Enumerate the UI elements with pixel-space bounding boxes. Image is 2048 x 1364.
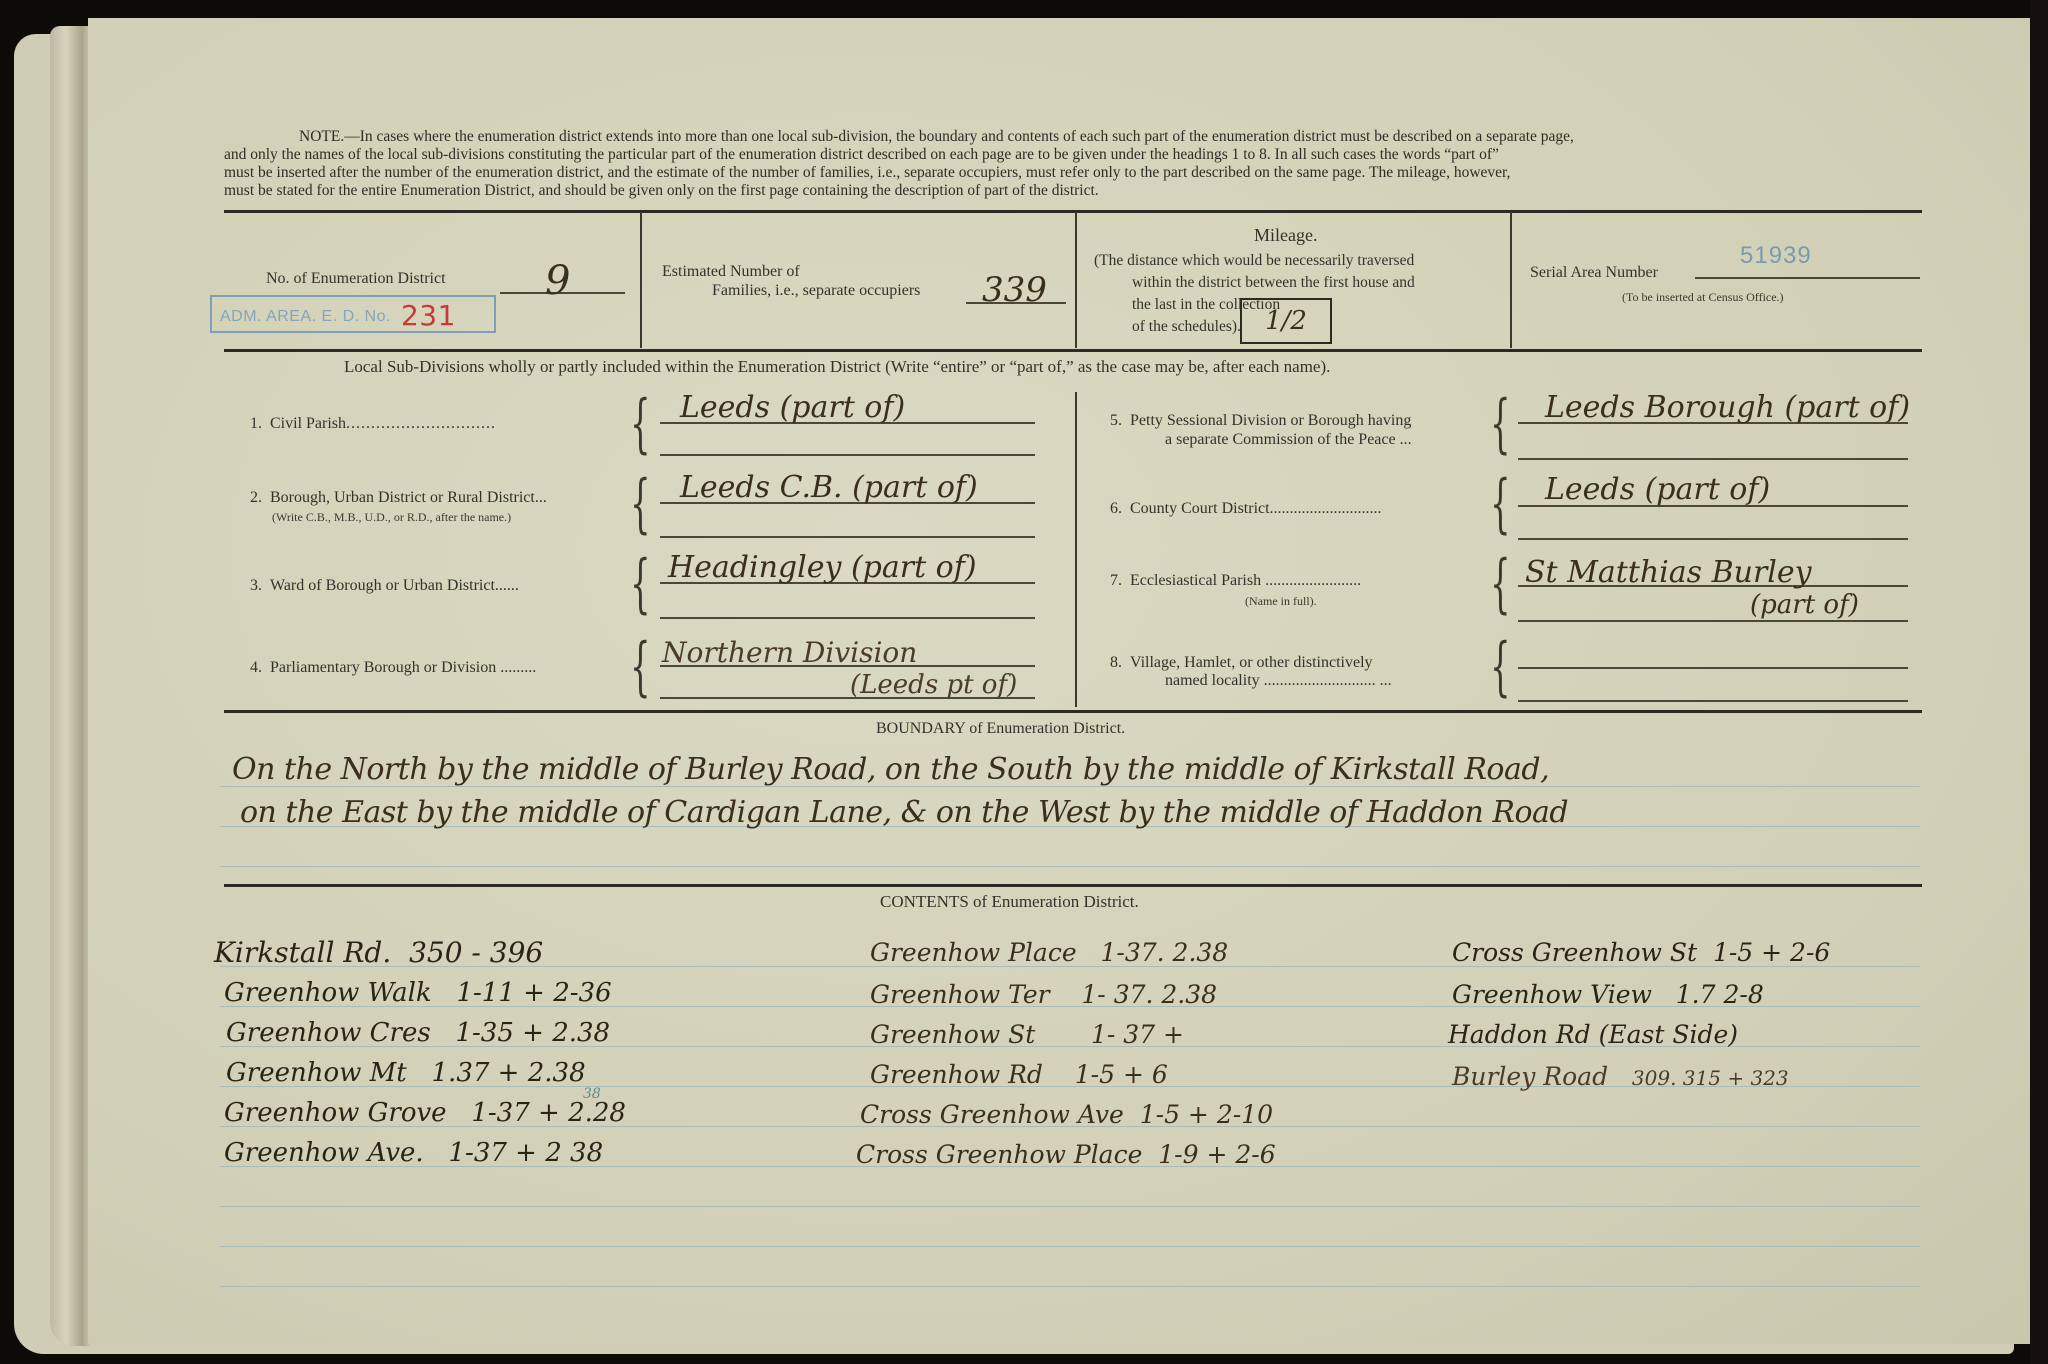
subdiv-2-line-2: [660, 536, 1035, 538]
brace-icon: {: [1490, 392, 1510, 456]
contents-row: Burley Road 309. 315 + 323: [1452, 1062, 1789, 1091]
note-line-4: must be stated for the entire Enumeratio…: [224, 182, 1924, 200]
subdivisions-bottom-rule: [224, 710, 1922, 713]
subdiv-5-label: 5. Petty Sessional Division or Borough h…: [1110, 412, 1411, 430]
subdiv-3-label: 3. Ward of Borough or Urban District....…: [250, 577, 519, 595]
adm-area-stamp: ADM. AREA. E. D. No.231: [210, 295, 496, 333]
serial-field-line: [1695, 277, 1920, 279]
stamp-label: ADM. AREA. E. D. No.: [220, 308, 391, 325]
subdiv-8-line-2: [1518, 700, 1908, 702]
contents-row: Greenhow Cres 1-35 + 2.38: [226, 1018, 610, 1048]
mileage-title: Mileage.: [1254, 225, 1317, 246]
stamp-number: 231: [401, 299, 456, 332]
contents-row: Greenhow St 1- 37 +: [870, 1020, 1184, 1049]
contents-row: Cross Greenhow Ave 1-5 + 2-10: [860, 1100, 1273, 1129]
serial-value-stamp: 51939: [1740, 242, 1812, 270]
header-bottom-rule: [224, 349, 1922, 352]
subdiv-2-value: Leeds C.B. (part of): [680, 470, 978, 505]
boundary-line-1: On the North by the middle of Burley Roa…: [232, 752, 1549, 787]
serial-note: (To be inserted at Census Office.): [1622, 290, 1784, 305]
ruled-line: [220, 1246, 1920, 1247]
subdiv-2-label: 2. Borough, Urban District or Rural Dist…: [250, 489, 547, 507]
mileage-desc-4: of the schedules).: [1132, 318, 1241, 336]
page-edge: [50, 26, 90, 1346]
boundary-heading: BOUNDARY of Enumeration District.: [876, 720, 1125, 738]
brace-icon: {: [630, 392, 650, 456]
families-label-1: Estimated Number of: [662, 263, 800, 281]
subdiv-7-line-2: [1518, 620, 1908, 622]
divider: [640, 212, 642, 348]
note-line-1: NOTE.—In cases where the enumeration dis…: [224, 128, 1924, 146]
subdiv-7-sub: (Name in full).: [1245, 594, 1317, 609]
subdiv-2-sub: (Write C.B., M.B., U.D., or R.D., after …: [272, 510, 511, 525]
boundary-line-2: on the East by the middle of Cardigan La…: [240, 795, 1568, 830]
contents-row: Greenhow Ter 1- 37. 2.38: [870, 980, 1217, 1009]
families-value: 339: [982, 270, 1047, 310]
note-line-2: and only the names of the local sub-divi…: [224, 146, 1924, 164]
ruled-line: [220, 1206, 1920, 1207]
contents-row: Greenhow View 1.7 2-8: [1452, 980, 1764, 1009]
mileage-value: 1/2: [1242, 300, 1330, 342]
subdiv-6-line-2: [1518, 538, 1908, 540]
pencil-correction: 38: [583, 1086, 601, 1102]
brace-icon: {: [1490, 472, 1510, 536]
brace-icon: {: [1490, 552, 1510, 616]
subdiv-4-label: 4. Parliamentary Borough or Division ...…: [250, 659, 536, 677]
note-line-3: must be inserted after the number of the…: [224, 164, 1924, 182]
subdiv-5-line-2: [1518, 458, 1908, 460]
subdiv-3-line-2: [660, 617, 1035, 619]
subdiv-1-value: Leeds (part of): [680, 390, 905, 425]
divider: [1075, 212, 1077, 348]
ruled-line: [220, 866, 1920, 867]
ed-value: 9: [545, 258, 570, 304]
contents-row: Greenhow Mt 1.37 + 2.38: [226, 1058, 586, 1088]
subdiv-7-value: St Matthias Burley: [1525, 555, 1812, 590]
subdiv-4-value-2: (Leeds pt of): [850, 670, 1017, 700]
brace-icon: {: [630, 552, 650, 616]
subdiv-6-value: Leeds (part of): [1545, 472, 1770, 507]
divider: [1075, 392, 1077, 707]
subdiv-7-label: 7. Ecclesiastical Parish ...............…: [1110, 572, 1361, 590]
contents-row: Kirkstall Rd. 350 - 396: [214, 936, 543, 969]
boundary-bottom-rule: [224, 884, 1922, 887]
subdiv-5-value: Leeds Borough (part of): [1545, 390, 1910, 425]
subdiv-8-label: 8. Village, Hamlet, or other distinctive…: [1110, 654, 1373, 672]
subdiv-3-value: Headingley (part of): [668, 550, 977, 585]
brace-icon: {: [630, 635, 650, 699]
contents-row: Greenhow Walk 1-11 + 2-36: [224, 978, 612, 1008]
subdiv-5-sub: a separate Commission of the Peace ...: [1165, 431, 1412, 449]
book-edge-right: [2030, 0, 2048, 1364]
serial-label: Serial Area Number: [1530, 264, 1658, 282]
subdiv-8-line: [1518, 667, 1908, 669]
contents-row: Greenhow Place 1-37. 2.38: [870, 938, 1228, 967]
divider: [1510, 212, 1512, 348]
mileage-desc-2: within the district between the first ho…: [1132, 274, 1415, 292]
ruled-line: [220, 1286, 1920, 1287]
subdiv-6-label: 6. County Court District................…: [1110, 500, 1382, 518]
subdiv-1-label: 1. Civil Parish.........................…: [250, 415, 496, 433]
contents-row: Haddon Rd (East Side): [1448, 1020, 1738, 1049]
contents-row: Greenhow Rd 1-5 + 6: [870, 1060, 1168, 1089]
mileage-box: 1/2: [1240, 298, 1332, 344]
subdiv-7-value-2: (part of): [1750, 590, 1859, 620]
contents-row: Greenhow Grove 1-37 + 2.28: [224, 1098, 626, 1128]
ed-label: No. of Enumeration District: [266, 270, 446, 288]
note-paragraph: NOTE.—In cases where the enumeration dis…: [224, 128, 1924, 200]
top-rule: [224, 210, 1922, 213]
contents-heading: CONTENTS of Enumeration District.: [880, 892, 1139, 912]
brace-icon: {: [630, 472, 650, 536]
contents-row: Cross Greenhow St 1-5 + 2-6: [1452, 938, 1830, 967]
contents-row: Greenhow Ave. 1-37 + 2 38: [224, 1138, 603, 1168]
contents-row: Cross Greenhow Place 1-9 + 2-6: [856, 1140, 1276, 1169]
mileage-desc-1: (The distance which would be necessarily…: [1094, 252, 1414, 270]
subdiv-8-sub: named locality .........................…: [1165, 672, 1392, 690]
families-label-2: Families, i.e., separate occupiers: [712, 282, 920, 300]
subdivisions-heading: Local Sub-Divisions wholly or partly inc…: [344, 357, 1330, 377]
subdiv-1-line-2: [660, 454, 1035, 456]
subdiv-4-value: Northern Division: [662, 636, 917, 669]
brace-icon: {: [1490, 635, 1510, 699]
